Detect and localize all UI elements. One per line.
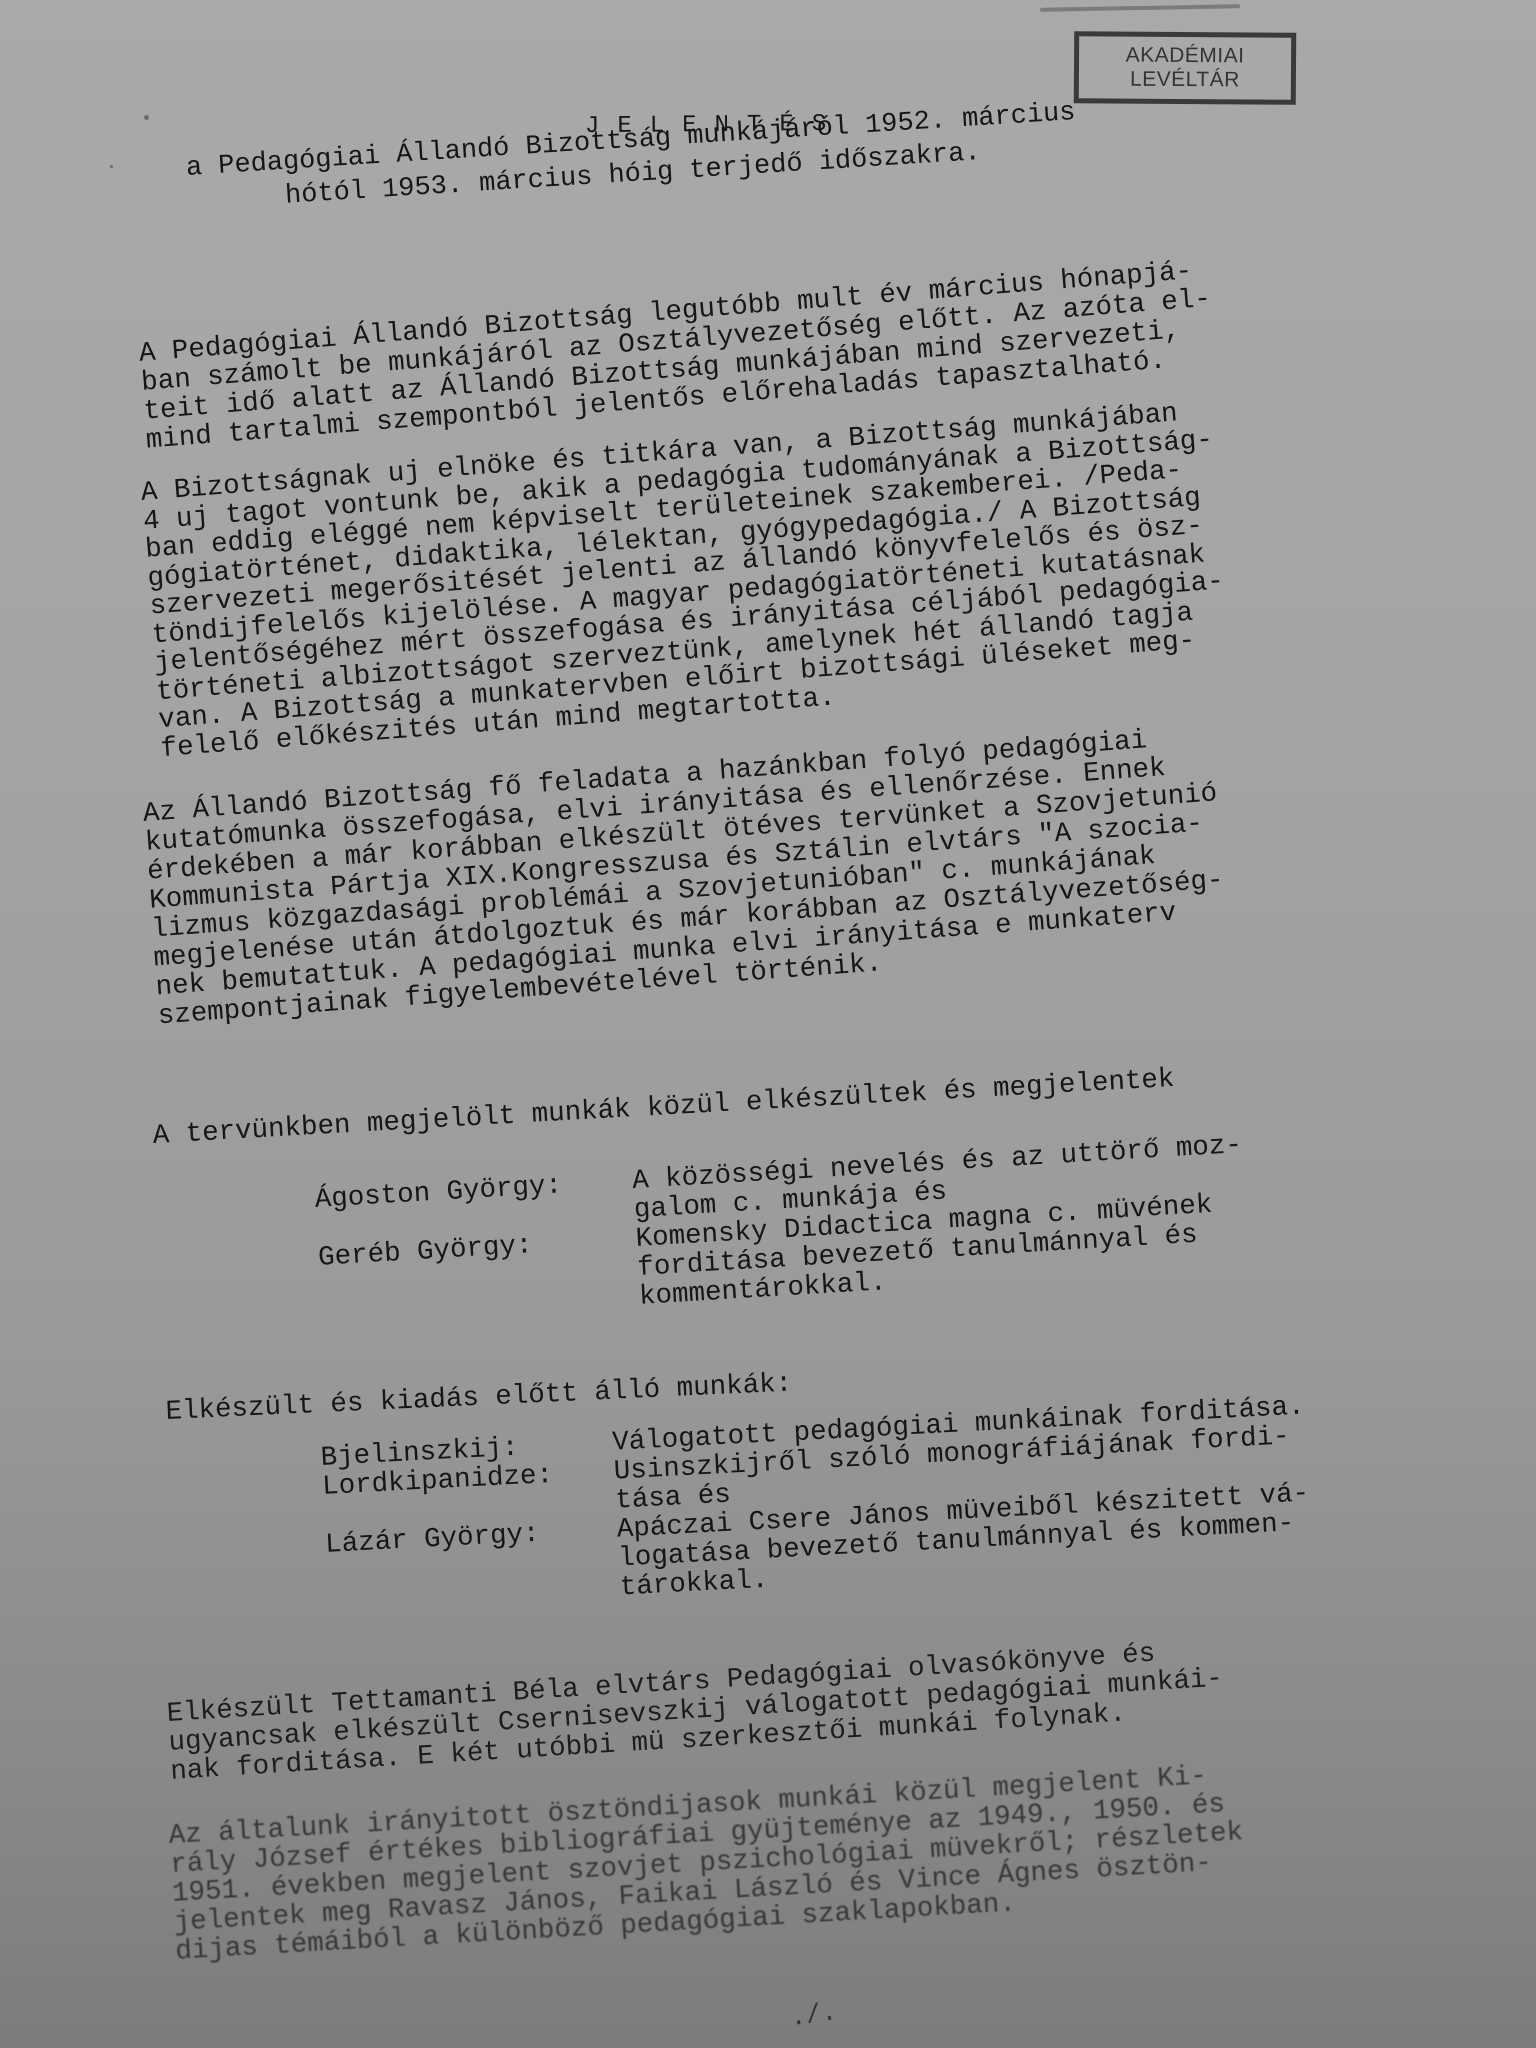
archive-stamp: AKADÉMIAI LEVÉLTÁR [1074,31,1296,105]
paper-speck [110,165,113,168]
document-page: AKADÉMIAI LEVÉLTÁR JELENTÉS a Pedagógiai… [0,0,1536,2048]
top-edge-smudge [1040,4,1240,11]
published-works-intro: A tervünkben megjelölt munkák közül elké… [152,1065,1175,1151]
continuation-mark: ./. [788,1997,839,2033]
paragraph-organization: A Bizottságnak uj elnöke és titkára van,… [140,398,1231,764]
pending-works-intro: Elkészült és kiadás előtt álló munkák: [165,1370,793,1427]
work-author: Lázár György: [325,1516,621,1618]
published-works-list: Ágoston György: A közösségi nevelés és a… [314,1131,1250,1331]
paragraph-scholarship-works: Az általunk irányitott ösztöndijasok mun… [168,1760,1247,1967]
stamp-line-2: LEVÉLTÁR [1130,68,1240,93]
paper-speck [144,115,149,120]
stamp-line-1: AKADÉMIAI [1126,44,1245,69]
paragraph-main-task: Az Állandó Bizottság fő feladata a hazán… [142,721,1229,1031]
pending-works-list: Bjelinszkij: Válogatott pedagógiai munká… [320,1392,1313,1617]
paragraph-completed-works: Elkészült Tettamanti Béla elvtárs Pedagó… [166,1636,1226,1787]
work-author: Geréb György: [317,1225,640,1331]
